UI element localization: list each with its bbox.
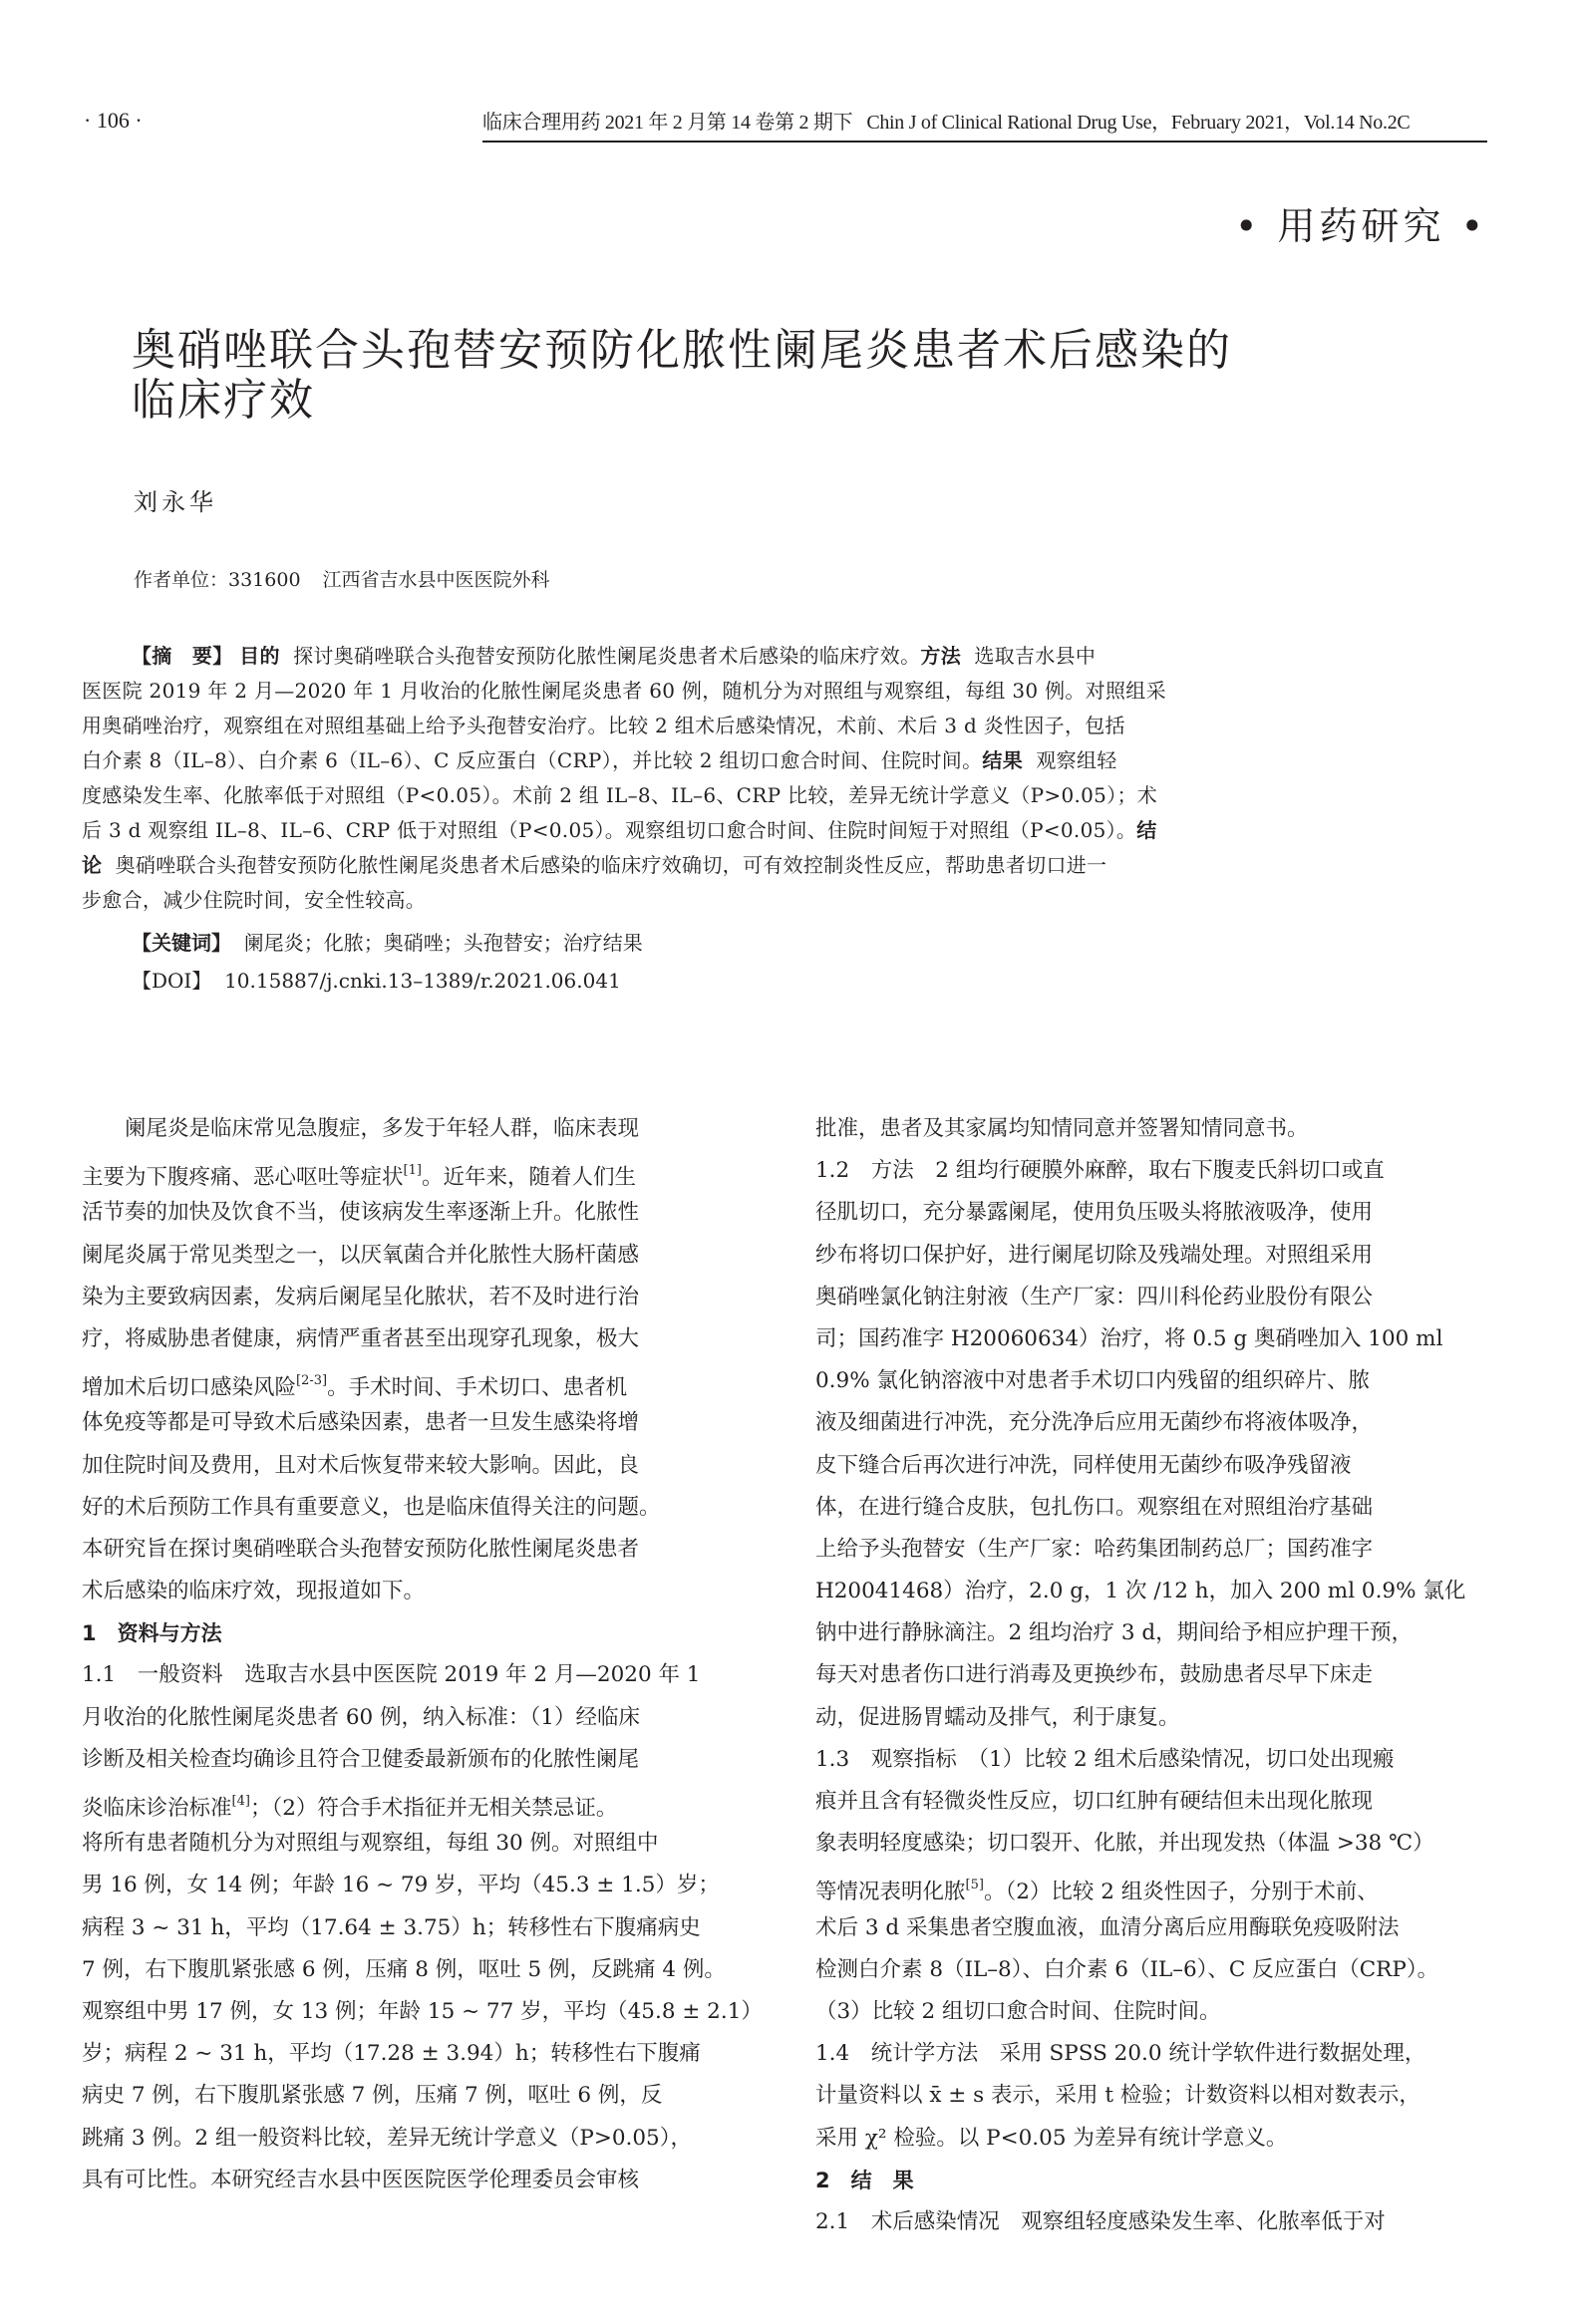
body-text-line: 病程 3 ~ 31 h，平均（17.64 ± 3.75）h；转移性右下腹痛病史 <box>82 1907 760 1949</box>
author-affiliation: 作者单位：331600江西省吉水县中医医院外科 <box>134 565 550 592</box>
journal-name-cn: 临床合理用药 2021 年 2 月第 14 卷第 2 期下 <box>482 112 852 134</box>
body-text-line: 动，促进肠胃蠕动及排气，利于康复。 <box>815 1697 1503 1739</box>
body-text-line: 跳痛 3 例。2 组一般资料比较，差异无统计学意义（P>0.05）， <box>82 2118 760 2160</box>
body-text-line: 增加术后切口感染风险[2-3]。手术时间、手术切口、患者机 <box>82 1360 760 1402</box>
citation-ref: [2-3] <box>296 1373 327 1388</box>
abstract-label: 【摘 要】 <box>132 644 233 668</box>
body-text-line: 批准，患者及其家属均知情同意并签署知情同意书。 <box>815 1108 1503 1150</box>
body-text-line: 采用 χ² 检验。以 P<0.05 为差异有统计学意义。 <box>815 2118 1503 2160</box>
body-text-line: 液及细菌进行冲洗，充分洗净后应用无菌纱布将液体吸净， <box>815 1402 1503 1444</box>
body-text-line: 本研究旨在探讨奥硝唑联合头孢替安预防化脓性阑尾炎患者 <box>82 1529 760 1571</box>
body-text-line: 痕并且含有轻微炎性反应，切口红肿有硬结但未出现化脓现 <box>815 1781 1503 1823</box>
body-text-line: 具有可比性。本研究经吉水县中医医院医学伦理委员会审核 <box>82 2160 760 2201</box>
abstract-conclusion-label-b: 论 <box>82 853 102 877</box>
body-text-line: 诊断及相关检查均确诊且符合卫健委最新颁布的化脓性阑尾 <box>82 1739 760 1781</box>
abstract-line: 步愈合，减少住院时间，安全性较高。 <box>82 883 426 918</box>
body-text-line: H20041468）治疗，2.0 g，1 次 /12 h，加入 200 ml 0… <box>815 1571 1503 1612</box>
doi-label: 【DOI】 <box>132 969 211 993</box>
body-text-line: 月收治的化脓性阑尾炎患者 60 例，纳入标准：（1）经临床 <box>82 1697 760 1739</box>
body-text-line: 0.9% 氯化钠溶液中对患者手术切口内残留的组织碎片、脓 <box>815 1360 1503 1402</box>
body-text-line: 计量资料以 x̄ ± s 表示，采用 t 检验；计数资料以相对数表示， <box>815 2075 1503 2117</box>
body-text-line: 奥硝唑氯化钠注射液（生产厂家：四川科伦药业股份有限公 <box>815 1277 1503 1318</box>
author-name: 刘永华 <box>134 482 217 517</box>
body-text-line: 男 16 例，女 14 例；年龄 16 ~ 79 岁，平均（45.3 ± 1.5… <box>82 1865 760 1906</box>
body-text-line: 阑尾炎是临床常见急腹症，多发于年轻人群，临床表现 <box>82 1108 760 1150</box>
body-text-line: 钠中进行静脉滴注。2 组均治疗 3 d，期间给予相应护理干预， <box>815 1612 1503 1654</box>
body-text-line: 染为主要致病因素，发病后阑尾呈化脓状，若不及时进行治 <box>82 1277 760 1318</box>
doi-value: 10.15887/j.cnki.13–1389/r.2021.06.041 <box>224 969 621 993</box>
affiliation-label: 作者单位：331600 <box>134 569 301 591</box>
abstract-line: 后 3 d 观察组 IL–8、IL–6、CRP 低于对照组（P<0.05）。观察… <box>82 813 1157 848</box>
abstract-conclusion-label-a: 结 <box>1136 818 1156 842</box>
article-title-line-1: 奥硝唑联合头孢替安预防化脓性阑尾炎患者术后感染的 <box>132 326 1487 376</box>
section-heading: 2 结 果 <box>815 2160 1503 2201</box>
body-text-line: 2.1 术后感染情况 观察组轻度感染发生率、化脓率低于对 <box>815 2201 1503 2243</box>
body-text-line: 主要为下腹疼痛、恶心呕吐等症状[1]。近年来，随着人们生 <box>82 1150 760 1192</box>
page-number: · 106 · <box>84 108 143 134</box>
body-text-line: 将所有患者随机分为对照组与观察组，每组 30 例。对照组中 <box>82 1823 760 1865</box>
body-text-line: 径肌切口，充分暴露阑尾，使用负压吸头将脓液吸净，使用 <box>815 1192 1503 1234</box>
journal-name-en: Chin J of Clinical Rational Drug Use，Feb… <box>866 112 1410 134</box>
body-text-line: 加住院时间及费用，且对术后恢复带来较大影响。因此，良 <box>82 1445 760 1487</box>
body-text-line: 上给予头孢替安（生产厂家：哈药集团制药总厂；国药准字 <box>815 1529 1503 1571</box>
body-text-line: 术后感染的临床疗效，现报道如下。 <box>82 1571 760 1612</box>
citation-ref: [4] <box>232 1794 250 1809</box>
abstract-results-label: 结果 <box>982 748 1023 772</box>
body-text-line: 1.4 统计学方法 采用 SPSS 20.0 统计学软件进行数据处理， <box>815 2033 1503 2075</box>
body-text-line: 每天对患者伤口进行消毒及更换纱布，鼓励患者尽早下床走 <box>815 1654 1503 1696</box>
body-text-line: （3）比较 2 组切口愈合时间、住院时间。 <box>815 1991 1503 2033</box>
abstract-line: 论 奥硝唑联合头孢替安预防化脓性阑尾炎患者术后感染的临床疗效确切，可有效控制炎性… <box>82 848 1106 883</box>
body-text-line: 象表明轻度感染；切口裂开、化脓，并出现发热（体温 >38 ℃） <box>815 1823 1503 1865</box>
section-label: • 用药研究 • <box>1235 195 1487 250</box>
article-title-line-2: 临床疗效 <box>132 376 1487 426</box>
body-text-line: 1.1 一般资料 选取吉水县中医医院 2019 年 2 月—2020 年 1 <box>82 1654 760 1696</box>
body-text-line: 好的术后预防工作具有重要意义，也是临床值得关注的问题。 <box>82 1487 760 1529</box>
keywords: 【关键词】 阑尾炎；化脓；奥硝唑；头孢替安；治疗结果 <box>132 927 643 956</box>
body-column-right: 批准，患者及其家属均知情同意并签署知情同意书。1.2 方法 2 组均行硬膜外麻醉… <box>815 1108 1503 2243</box>
body-text-line: 观察组中男 17 例，女 13 例；年龄 15 ~ 77 岁，平均（45.8 ±… <box>82 1991 760 2033</box>
body-text-line: 等情况表明化脓[5]。（2）比较 2 组炎性因子，分别于术前、 <box>815 1865 1503 1906</box>
running-header: 临床合理用药 2021 年 2 月第 14 卷第 2 期下Chin J of C… <box>482 106 1487 143</box>
body-text-line: 纱布将切口保护好，进行阑尾切除及残端处理。对照组采用 <box>815 1235 1503 1277</box>
body-text-line: 皮下缝合后再次进行冲洗，同样使用无菌纱布吸净残留液 <box>815 1445 1503 1487</box>
body-text-line: 岁；病程 2 ~ 31 h，平均（17.28 ± 3.94）h；转移性右下腹痛 <box>82 2033 760 2075</box>
abstract-objective-label: 目的 <box>239 644 280 668</box>
keywords-label: 【关键词】 <box>132 931 231 955</box>
body-text-line: 病史 7 例，右下腹肌紧张感 7 例，压痛 7 例，呕吐 6 例，反 <box>82 2075 760 2117</box>
body-text-line: 检测白介素 8（IL–8）、白介素 6（IL–6）、C 反应蛋白（CRP）。 <box>815 1949 1503 1991</box>
body-text-line: 7 例，右下腹肌紧张感 6 例，压痛 8 例，呕吐 5 例，反跳痛 4 例。 <box>82 1949 760 1991</box>
section-heading: 1 资料与方法 <box>82 1612 760 1654</box>
citation-ref: [1] <box>404 1163 422 1178</box>
body-text-line: 术后 3 d 采集患者空腹血液，血清分离后应用酶联免疫吸附法 <box>815 1907 1503 1949</box>
keywords-text: 阑尾炎；化脓；奥硝唑；头孢替安；治疗结果 <box>244 931 643 955</box>
abstract-line: 医医院 2019 年 2 月—2020 年 1 月收治的化脓性阑尾炎患者 60 … <box>82 674 1166 709</box>
citation-ref: [5] <box>966 1878 984 1892</box>
body-text-line: 炎临床诊治标准[4]；（2）符合手术指征并无相关禁忌证。 <box>82 1781 760 1823</box>
body-text-line: 1.2 方法 2 组均行硬膜外麻醉，取右下腹麦氏斜切口或直 <box>815 1150 1503 1192</box>
body-column-left: 阑尾炎是临床常见急腹症，多发于年轻人群，临床表现主要为下腹疼痛、恶心呕吐等症状[… <box>82 1108 760 2201</box>
abstract-line: 度感染发生率、化脓率低于对照组（P<0.05）。术前 2 组 IL–8、IL–6… <box>82 778 1157 813</box>
abstract-line: 白介素 8（IL–8）、白介素 6（IL–6）、C 反应蛋白（CRP），并比较 … <box>82 743 1117 778</box>
body-text-line: 活节奏的加快及饮食不当，使该病发生率逐渐上升。化脓性 <box>82 1192 760 1234</box>
body-text-line: 体免疫等都是可导致术后感染因素，患者一旦发生感染将增 <box>82 1402 760 1444</box>
affiliation-text: 江西省吉水县中医医院外科 <box>323 569 550 591</box>
body-text-line: 1.3 观察指标 （1）比较 2 组术后感染情况，切口处出现瘢 <box>815 1739 1503 1781</box>
doi: 【DOI】 10.15887/j.cnki.13–1389/r.2021.06.… <box>132 965 621 994</box>
body-text-line: 疗，将威胁患者健康，病情严重者甚至出现穿孔现象，极大 <box>82 1318 760 1360</box>
abstract-line: 【摘 要】 目的 探讨奥硝唑联合头孢替安预防化脓性阑尾炎患者术后感染的临床疗效。… <box>132 639 1096 674</box>
abstract-methods-label: 方法 <box>920 644 961 668</box>
body-text-line: 阑尾炎属于常见类型之一，以厌氧菌合并化脓性大肠杆菌感 <box>82 1235 760 1277</box>
body-text-line: 体，在进行缝合皮肤，包扎伤口。观察组在对照组治疗基础 <box>815 1487 1503 1529</box>
abstract-line: 用奥硝唑治疗，观察组在对照组基础上给予头孢替安治疗。比较 2 组术后感染情况，术… <box>82 709 1125 743</box>
body-text-line: 司；国药准字 H20060634）治疗，将 0.5 g 奥硝唑加入 100 ml <box>815 1318 1503 1360</box>
